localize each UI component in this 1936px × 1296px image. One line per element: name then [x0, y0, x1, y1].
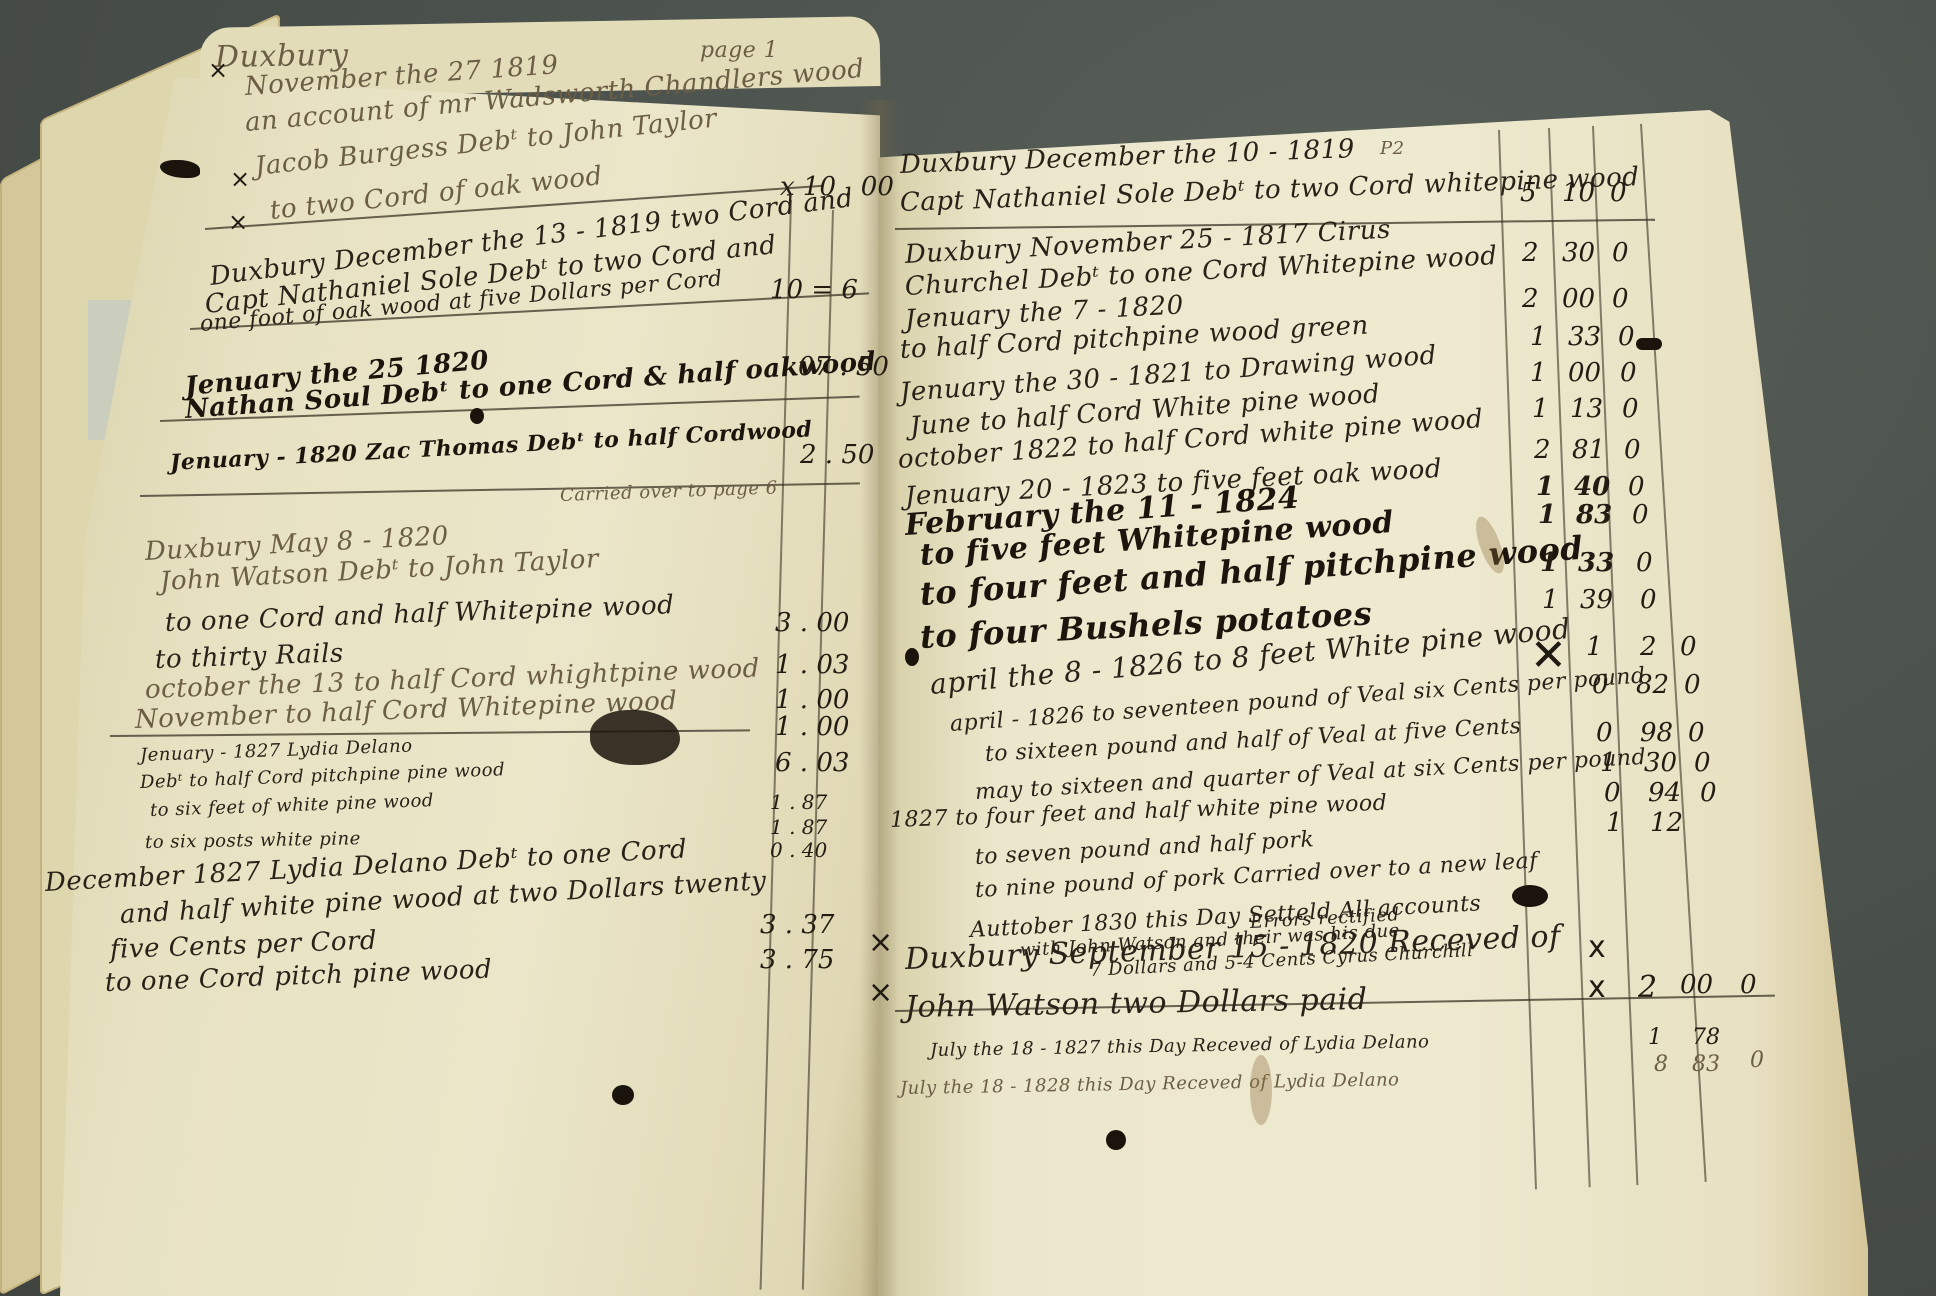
amount-cents: 00 — [1562, 284, 1595, 314]
check-mark: x — [1588, 970, 1606, 1005]
amount-cents: 83 — [1692, 1052, 1720, 1077]
amount-cents: 40 — [1574, 472, 1610, 502]
tick-mark: × — [230, 165, 250, 193]
amount-mills: 0 — [1750, 1048, 1764, 1073]
ledger-line: to six posts white pine — [145, 828, 361, 853]
page-label: P2 — [1380, 138, 1405, 159]
ledger-amount: 1 . 87 — [770, 815, 827, 839]
amount-cents: 82 — [1636, 670, 1669, 700]
amount-cents: 83 — [1576, 500, 1612, 530]
amount-cents: 30 — [1562, 238, 1595, 268]
amount-dollars: 1 — [1542, 585, 1559, 615]
amount-mills: 0 — [1624, 435, 1641, 465]
ledger-amount: 1 . 00 — [775, 685, 849, 715]
amount-cents: 00 — [1568, 358, 1601, 388]
amount-dollars: 0 — [1604, 778, 1621, 808]
amount-dollars: 5 — [1520, 178, 1537, 208]
amount-dollars: 1 — [1530, 322, 1547, 352]
ledger-amount: 2 . 50 — [800, 440, 874, 470]
ledger-amount: 1 . 00 — [775, 712, 849, 742]
amount-mills: 0 — [1620, 358, 1637, 388]
amount-cents: 98 — [1640, 718, 1673, 748]
ink-blot — [612, 1085, 634, 1105]
tick-mark: × — [868, 975, 893, 1010]
amount-dollars: 1 — [1538, 500, 1556, 530]
check-mark: x — [1588, 930, 1606, 965]
amount-mills: 0 — [1640, 585, 1657, 615]
tick-mark: × — [868, 925, 893, 960]
ink-blot — [905, 648, 919, 666]
amount-mills: 0 — [1636, 548, 1653, 578]
amount-dollars: 1 — [1532, 394, 1549, 424]
amount-cents: 2 — [1640, 632, 1657, 662]
amount-dollars: 8 — [1654, 1052, 1668, 1077]
amount-dollars: 2 — [1522, 284, 1539, 314]
amount-cents: 94 — [1648, 778, 1681, 808]
ledger-amount: 0 . 40 — [770, 838, 827, 862]
amount-cents: 30 — [1644, 748, 1677, 778]
ink-blot — [470, 408, 484, 424]
amount-cents: 10 — [1562, 178, 1595, 208]
ledger-amount: 1 . 87 — [770, 790, 827, 814]
amount-mills: 0 — [1628, 472, 1645, 502]
ledger-amount: 1 . 03 — [775, 650, 849, 680]
stain — [1250, 1055, 1272, 1125]
ink-blot — [590, 710, 680, 765]
amount-cents: 39 — [1580, 585, 1613, 615]
amount-mills: 0 — [1632, 500, 1649, 530]
tick-mark: × — [208, 56, 228, 84]
page-label: page 1 — [700, 38, 778, 63]
amount-mills: 0 — [1618, 322, 1635, 352]
amount-dollars: 1 — [1586, 632, 1603, 662]
amount-dollars: 0 — [1596, 718, 1613, 748]
amount-mills: 0 — [1612, 284, 1629, 314]
amount-mills: 0 — [1610, 178, 1627, 208]
ledger-amount: 3 . 37 — [760, 910, 834, 940]
amount-mills: 0 — [1622, 394, 1639, 424]
amount-mills: 0 — [1612, 238, 1629, 268]
amount-dollars: 1 — [1648, 1025, 1662, 1050]
amount-dollars: 1 — [1540, 548, 1558, 578]
amount-dollars: 1 — [1530, 358, 1547, 388]
ledger-amount: 3 . 00 — [775, 608, 849, 638]
ink-blot — [1512, 885, 1548, 907]
ledger-amount: 3 . 75 — [760, 945, 834, 975]
amount-cents: 13 — [1570, 394, 1603, 424]
amount-dollars: 1 — [1606, 808, 1623, 838]
amount-mills: 0 — [1684, 670, 1701, 700]
amount-mills: 0 — [1680, 632, 1697, 662]
amount-cents: 33 — [1568, 322, 1601, 352]
amount-dollars: 1 — [1536, 472, 1554, 502]
ledger-total: 6 . 03 — [775, 748, 849, 778]
ink-blot — [1636, 338, 1662, 350]
ledger-amount: 07 . 50 — [798, 352, 889, 382]
amount-mills: 0 — [1688, 718, 1705, 748]
amount-dollars: 1 — [1600, 748, 1617, 778]
amount-dollars: 2 — [1522, 238, 1539, 268]
amount-dollars: 0 — [1592, 670, 1609, 700]
tick-mark: × — [228, 208, 248, 236]
amount-dollars: 2 — [1638, 970, 1657, 1005]
amount-cents: 78 — [1692, 1025, 1720, 1050]
amount-cents: 33 — [1578, 548, 1614, 578]
amount-cents: 81 — [1572, 435, 1605, 465]
amount-mills: 0 — [1740, 970, 1757, 1000]
ink-blot — [1106, 1130, 1126, 1150]
amount-cents: 00 — [1680, 970, 1713, 1000]
amount-cents: 12 — [1650, 808, 1683, 838]
binding-gutter — [860, 100, 900, 1296]
amount-mills: 0 — [1694, 748, 1711, 778]
amount-mills: 0 — [1700, 778, 1717, 808]
ledger-amount: 10 = 6 — [770, 275, 858, 305]
amount-dollars: 2 — [1534, 435, 1551, 465]
